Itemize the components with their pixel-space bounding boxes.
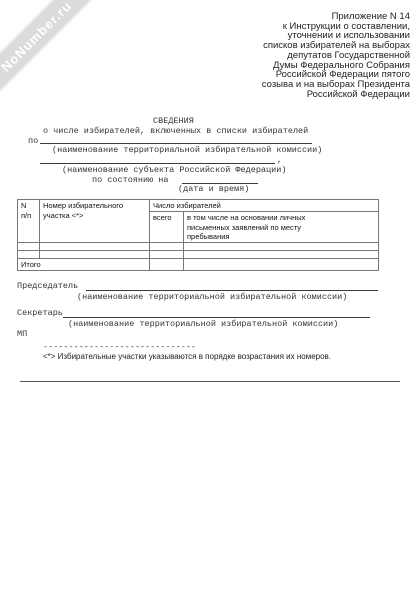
itogo-cell: Итого [18, 259, 150, 271]
secretary-label: Секретарь [17, 309, 63, 318]
voters-table: N п/п Номер избирательного участка <*> Ч… [17, 199, 379, 271]
chairman-signature-line [86, 282, 378, 291]
num-cell [18, 251, 40, 259]
footnote-text: <*> Избирательные участки указываются в … [43, 352, 331, 361]
table-row [18, 251, 379, 259]
datetime-blank-line [182, 175, 258, 184]
application-cell [184, 259, 379, 271]
comma-mark: , [277, 156, 282, 165]
seal-label: МП [17, 330, 27, 339]
table-row [18, 243, 379, 251]
station-cell [40, 243, 150, 251]
subject-caption: (наименование субъекта Российской Федера… [62, 166, 286, 175]
appendix-note: Приложение N 14 к Инструкции о составлен… [262, 12, 410, 99]
subject-blank-line [40, 155, 275, 164]
tik-caption: (наименование территориальной избиратель… [52, 146, 322, 155]
footnote-divider: ------------------------------ [43, 343, 196, 352]
watermark-ribbon: NoNumber.ru [0, 0, 105, 105]
bottom-rule [20, 381, 400, 382]
watermark-text: NoNumber.ru [0, 0, 74, 74]
secretary-signature-line [63, 309, 370, 318]
total-cell [150, 243, 184, 251]
po-label: по [28, 137, 38, 146]
secretary-commission-caption: (наименование территориальной избиратель… [68, 320, 338, 329]
application-cell [184, 251, 379, 259]
appendix-note-line: Российской Федерации [262, 90, 410, 100]
form-heading: СВЕДЕНИЯ [153, 117, 194, 126]
col-station-header: Номер избирательного участка <*> [40, 200, 150, 243]
as-of-label: по состоянию на [92, 176, 169, 185]
col-voters-header: Число избирателей [150, 200, 379, 212]
datetime-caption: (дата и время) [178, 185, 249, 194]
col-total-header: всего [150, 212, 184, 243]
total-cell [150, 251, 184, 259]
chairman-commission-caption: (наименование территориальной избиратель… [77, 293, 347, 302]
tik-blank-line [40, 135, 312, 144]
station-cell [40, 251, 150, 259]
col-application-header: в том числе на основании личных письменн… [184, 212, 379, 243]
application-cell [184, 243, 379, 251]
total-row: Итого [18, 259, 379, 271]
total-cell [150, 259, 184, 271]
num-cell [18, 243, 40, 251]
document-page: NoNumber.ru Приложение N 14 к Инструкции… [0, 0, 420, 600]
chairman-label: Председатель [17, 282, 78, 291]
col-num-header: N п/п [18, 200, 40, 243]
